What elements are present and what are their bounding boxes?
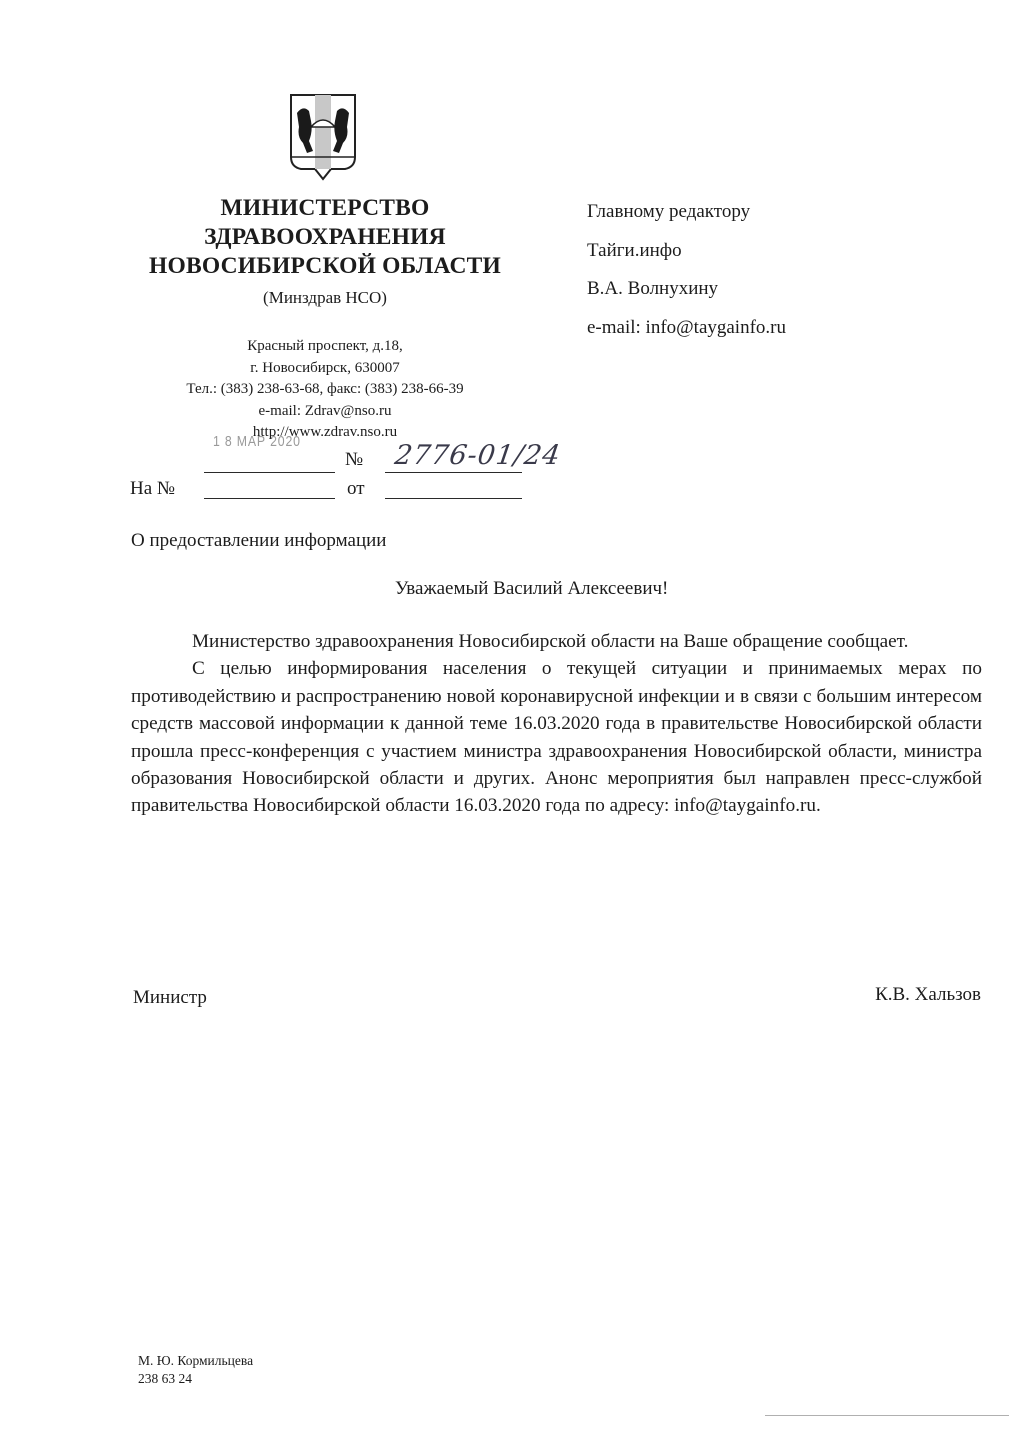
address-phone-fax: Тел.: (383) 238-63-68, факс: (383) 238-6… — [120, 379, 530, 401]
org-name-line: МИНИСТЕРСТВО — [120, 194, 530, 223]
address-email: e-mail: Zdrav@nso.ru — [120, 401, 530, 423]
executor-name: М. Ю. Кормильцева — [138, 1352, 253, 1370]
recipient-outlet: Тайги.инфо — [587, 232, 786, 271]
footer-divider — [765, 1415, 1009, 1416]
org-name-line: ЗДРАВООХРАНЕНИЯ — [120, 223, 530, 252]
salutation: Уважаемый Василий Алексеевич! — [395, 578, 668, 600]
from-label: от — [347, 478, 365, 500]
recipient-position: Главному редактору — [587, 193, 786, 232]
recipient-email: e-mail: info@taygainfo.ru — [587, 309, 786, 348]
organization-name: МИНИСТЕРСТВО ЗДРАВООХРАНЕНИЯ НОВОСИБИРСК… — [120, 194, 530, 281]
date-stamp: 1 8 МАР 2020 — [213, 433, 301, 450]
reply-number-line — [204, 498, 335, 499]
signer-name: К.В. Хальзов — [875, 984, 981, 1006]
address-city: г. Новосибирск, 630007 — [120, 358, 530, 380]
organization-address: Красный проспект, д.18, г. Новосибирск, … — [120, 336, 530, 444]
address-street: Красный проспект, д.18, — [120, 336, 530, 358]
letter-body: Министерство здравоохранения Новосибирск… — [131, 628, 982, 820]
recipient-block: Главному редактору Тайги.инфо В.А. Волну… — [587, 193, 786, 347]
body-paragraph: Министерство здравоохранения Новосибирск… — [131, 628, 982, 655]
executor-phone: 238 63 24 — [138, 1370, 253, 1388]
organization-short-name: (Минздрав НСО) — [120, 288, 530, 308]
signer-title: Министр — [133, 987, 207, 1009]
number-line — [385, 472, 522, 473]
reply-to-label: На № — [130, 478, 175, 500]
from-date-line — [385, 498, 522, 499]
executor-block: М. Ю. Кормильцева 238 63 24 — [138, 1352, 253, 1388]
number-label: № — [345, 449, 363, 471]
body-paragraph: С целью информирования населения о текущ… — [131, 655, 982, 819]
org-name-line: НОВОСИБИРСКОЙ ОБЛАСТИ — [120, 252, 530, 281]
letter-subject: О предоставлении информации — [131, 530, 386, 552]
handwritten-number: 2776-01/24 — [393, 440, 563, 471]
coat-of-arms-icon — [287, 91, 359, 181]
recipient-name: В.А. Волнухину — [587, 270, 786, 309]
date-line — [204, 472, 335, 473]
